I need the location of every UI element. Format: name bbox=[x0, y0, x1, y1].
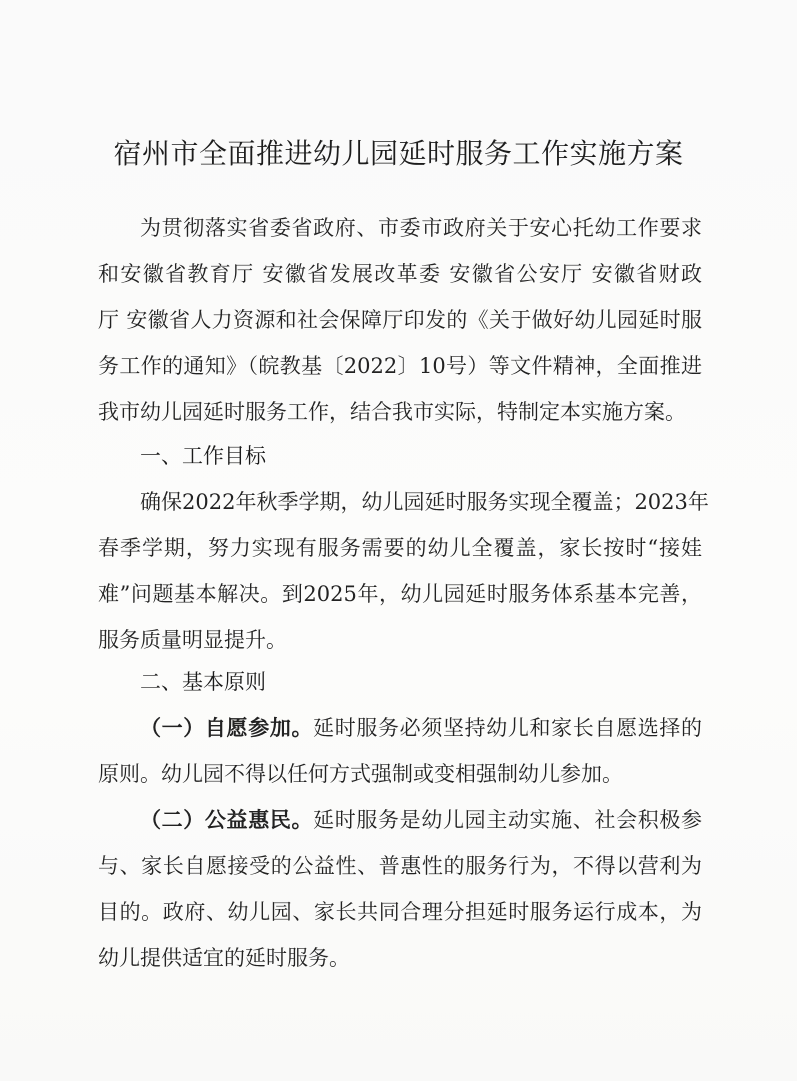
principle-2-lead: （二）公益惠民。 bbox=[140, 807, 313, 832]
goals-line: 确保2022年秋季学期，幼儿园延时服务实现全覆盖；2023年 bbox=[140, 486, 702, 516]
section-heading-goals: 一、工作目标 bbox=[140, 440, 266, 470]
goals-line: 春季学期，努力实现有服务需要的幼儿全覆盖，家长按时“接娃 bbox=[98, 532, 702, 562]
principle-1-first-line: （一）自愿参加。延时服务必须坚持幼儿和家长自愿选择的 bbox=[140, 712, 702, 742]
principle-1-lead: （一）自愿参加。 bbox=[140, 715, 313, 740]
principle-2-line: 幼儿提供适宜的延时服务。 bbox=[98, 942, 702, 972]
principle-2-line: 目的。政府、幼儿园、家长共同合理分担延时服务运行成本，为 bbox=[98, 896, 702, 926]
principle-2-line: 与、家长自愿接受的公益性、普惠性的服务行为，不得以营利为 bbox=[98, 850, 702, 880]
intro-line: 务工作的通知》（皖教基〔2022〕10号）等文件精神，全面推进 bbox=[98, 350, 702, 380]
principle-2-first-line: （二）公益惠民。延时服务是幼儿园主动实施、社会积极参 bbox=[140, 804, 702, 834]
intro-line: 我市幼儿园延时服务工作，结合我市实际，特制定本实施方案。 bbox=[98, 396, 702, 426]
intro-line: 和安徽省教育厅 安徽省发展改革委 安徽省公安厅 安徽省财政 bbox=[98, 258, 702, 288]
goals-line: 服务质量明显提升。 bbox=[98, 624, 702, 654]
document-page: 宿州市全面推进幼儿园延时服务工作实施方案 为贯彻落实省委省政府、市委市政府关于安… bbox=[0, 0, 797, 1081]
goals-line: 难”问题基本解决。到2025年，幼儿园延时服务体系基本完善， bbox=[98, 578, 702, 608]
principle-1-line: 原则。幼儿园不得以任何方式强制或变相强制幼儿参加。 bbox=[98, 758, 702, 788]
intro-line: 为贯彻落实省委省政府、市委市政府关于安心托幼工作要求 bbox=[140, 212, 702, 242]
document-title: 宿州市全面推进幼儿园延时服务工作实施方案 bbox=[0, 132, 797, 172]
section-heading-principles: 二、基本原则 bbox=[140, 666, 266, 696]
intro-line: 厅 安徽省人力资源和社会保障厅印发的《关于做好幼儿园延时服 bbox=[98, 304, 702, 334]
